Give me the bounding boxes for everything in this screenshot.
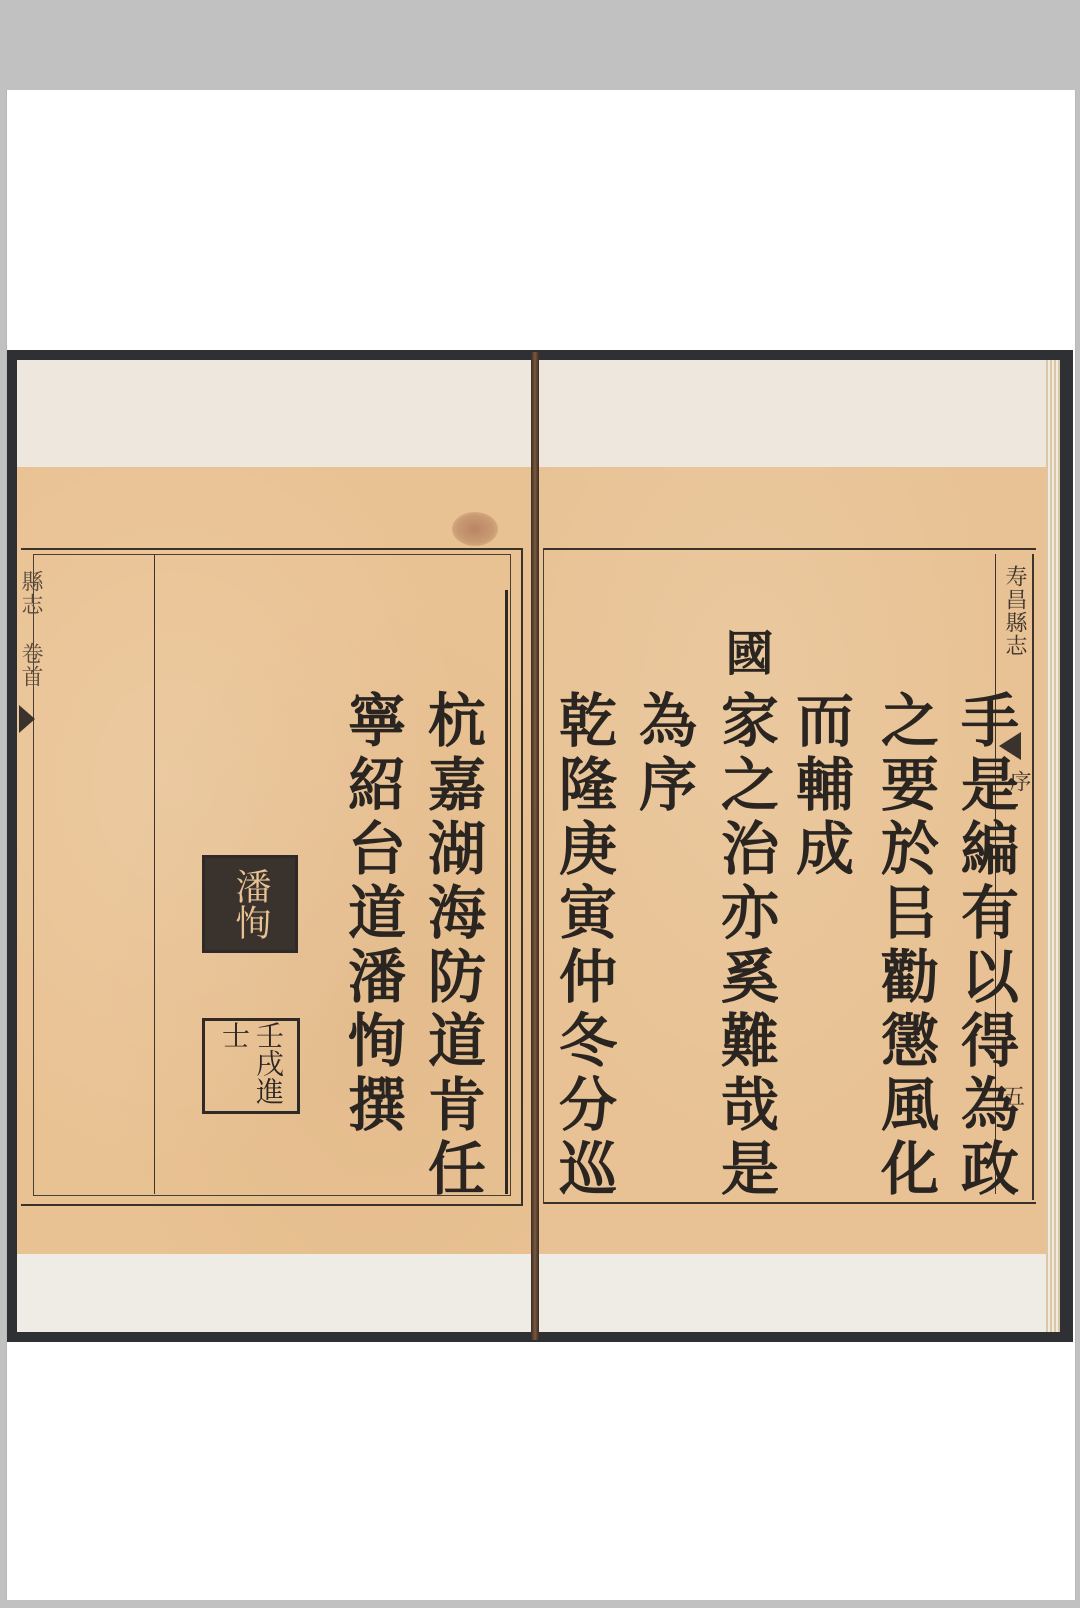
text-column-2: 之要於㠯勸懲風化 [865,690,945,1332]
text-column-4: 家之治亦奚難哉是 [705,690,785,1332]
flyleaf-top [537,360,1060,467]
text-column-3: 而輔成 [780,690,860,950]
text-column-1: 手是編有以得為政 [945,690,1025,1332]
text-column-5: 為序 [623,690,703,870]
paper-stain [452,512,498,546]
seal-name: 潘恂 [202,855,298,953]
gutter-rule [505,590,508,1194]
right-page: 寿昌縣志 序 五 手是編有以得為政 之要於㠯勸懲風化 而輔成 國 家之治亦奚難哉… [537,360,1060,1332]
text-column-1: 杭嘉湖海防道肯任 [412,690,492,1332]
margin-title: 寿昌縣志 [1001,565,1027,705]
margin-title-text: 縣志 卷首 [17,570,43,690]
text-column-2: 寧紹台道潘恂撰 [332,690,412,1332]
margin-rule [154,554,155,1194]
stacked-page-edges [1046,360,1060,1332]
text-column-6: 乾隆庚寅仲冬分巡 [543,690,623,1332]
book-gutter [531,352,539,1340]
flyleaf-top [17,360,533,467]
seal-jinshi: 壬戌進士 [202,1018,300,1114]
fish-tail-mark [19,705,35,733]
left-page: 縣志 卷首 杭嘉湖海防道肯任 寧紹台道潘恂撰 潘恂 壬戌進士 [17,360,533,1332]
outer-rule [1032,554,1034,1200]
